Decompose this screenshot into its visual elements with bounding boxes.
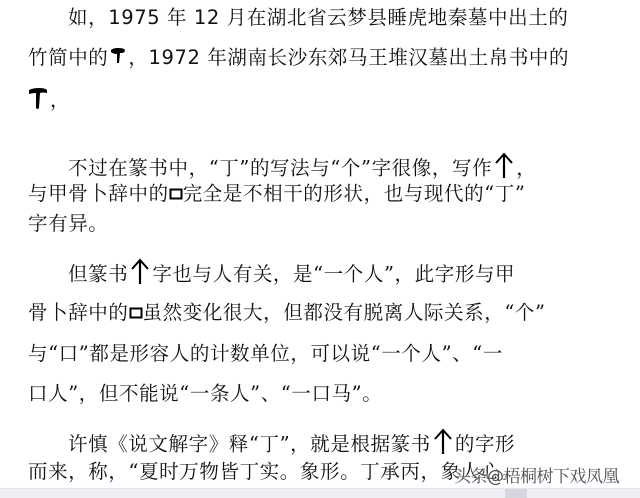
qin-bamboo-ding-glyph-icon xyxy=(110,47,126,71)
paragraph-4-line-2: 而来，称，“夏时万物皆丁实。象形。丁承丙，象人心。 xyxy=(28,460,521,484)
text-segment: 与甲骨卜辞中的 xyxy=(28,182,169,205)
text-segment: 口人”，但不能说“一条人”、“一口马”。 xyxy=(28,382,382,405)
text-segment: ，1972 年湖南长沙东郊马王堆汉墓出土帛书中的 xyxy=(128,46,569,69)
text-segment: 虽然变化很大，但都没有脱离人际关系，“个” xyxy=(143,301,546,324)
scrollbar-thumb[interactable] xyxy=(505,489,527,498)
paragraph-4-line-1: 许慎《说文解字》释“丁”，就是根据篆书 的字形 xyxy=(68,428,515,462)
mawangdui-ding-glyph-icon xyxy=(28,86,48,116)
text-segment: 而来，称，“夏时万物皆丁实。象形。丁承丙，象人心。 xyxy=(28,460,521,483)
text-segment: 如，1975 年 12 月在湖北省云梦县睡虎地秦墓中出土的 xyxy=(68,6,568,29)
paragraph-3-line-1: 但篆书 字也与人有关，是“一个人”，此字形与甲 xyxy=(68,258,515,292)
seal-script-ding-glyph-icon xyxy=(433,428,453,462)
paragraph-1-line-3: ， xyxy=(28,86,70,116)
text-segment: ， xyxy=(516,157,536,180)
text-segment: 字也与人有关，是“一个人”，此字形与甲 xyxy=(152,263,515,286)
text-segment: 但篆书 xyxy=(68,263,128,286)
seal-script-ding-glyph-icon xyxy=(130,258,150,292)
paragraph-3-line-3: 与“口”都是形容人的计数单位，可以说“一个人”、“一 xyxy=(28,342,503,366)
paragraph-3-line-4: 口人”，但不能说“一条人”、“一口马”。 xyxy=(28,382,382,406)
seal-script-ding-glyph-icon xyxy=(494,152,514,186)
paragraph-2-line-3: 字有异。 xyxy=(28,212,108,236)
document-page: 如，1975 年 12 月在湖北省云梦县睡虎地秦墓中出土的 竹简中的 ，1972… xyxy=(0,0,640,498)
horizontal-scrollbar[interactable] xyxy=(0,488,640,498)
text-segment: 骨卜辞中的 xyxy=(28,301,129,324)
paragraph-1-line-2: 竹简中的 ，1972 年湖南长沙东郊马王堆汉墓出土帛书中的 xyxy=(28,46,569,71)
text-segment: 的字形 xyxy=(455,433,515,456)
oracle-bone-square-glyph-icon xyxy=(169,183,183,207)
paragraph-2-line-2: 与甲骨卜辞中的 完全是不相干的形状，也与现代的“丁” xyxy=(28,182,525,207)
watermark: 头条@梧桐树下戏凤凰 xyxy=(454,462,619,487)
text-segment: 竹简中的 xyxy=(28,46,108,69)
text-segment: 完全是不相干的形状，也与现代的“丁” xyxy=(183,182,526,205)
paragraph-3-line-2: 骨卜辞中的 虽然变化很大，但都没有脱离人际关系，“个” xyxy=(28,301,546,326)
text-segment: 字有异。 xyxy=(28,212,108,235)
text-segment: ， xyxy=(50,89,70,112)
text-segment: 不过在篆书中，“丁”的写法与“个”字很像，写作 xyxy=(68,157,492,180)
paragraph-2-line-1: 不过在篆书中，“丁”的写法与“个”字很像，写作 ， xyxy=(68,152,536,186)
paragraph-1-line-1: 如，1975 年 12 月在湖北省云梦县睡虎地秦墓中出土的 xyxy=(68,6,568,30)
text-segment: 与“口”都是形容人的计数单位，可以说“一个人”、“一 xyxy=(28,342,503,365)
text-segment: 许慎《说文解字》释“丁”，就是根据篆书 xyxy=(68,433,431,456)
oracle-bone-square-glyph-icon xyxy=(129,302,143,326)
